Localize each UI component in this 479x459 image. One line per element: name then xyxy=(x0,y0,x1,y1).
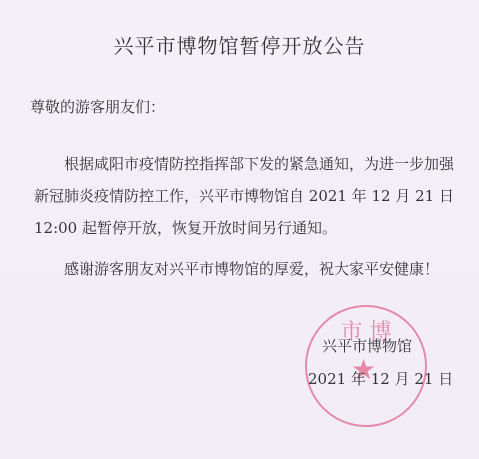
signature-organization: 兴平市博物馆 xyxy=(322,335,412,356)
paragraph-closure-notice: 根据咸阳市疫情防控指挥部下发的紧急通知，为进一步加强新冠肺炎疫情防控工作，兴平市… xyxy=(34,148,454,244)
greeting: 尊敬的游客朋友们： xyxy=(30,96,165,117)
notice-title: 兴平市博物馆暂停开放公告 xyxy=(0,30,479,59)
paragraph-thanks: 感谢游客朋友对兴平市博物馆的厚爱，祝大家平安健康！ xyxy=(64,253,479,285)
official-seal: 市 博 ★ xyxy=(305,305,427,427)
signature-date: 2021 年 12 月 21 日 xyxy=(308,368,453,389)
notice-document: 兴平市博物馆暂停开放公告 尊敬的游客朋友们： 根据咸阳市疫情防控指挥部下发的紧急… xyxy=(0,0,479,459)
